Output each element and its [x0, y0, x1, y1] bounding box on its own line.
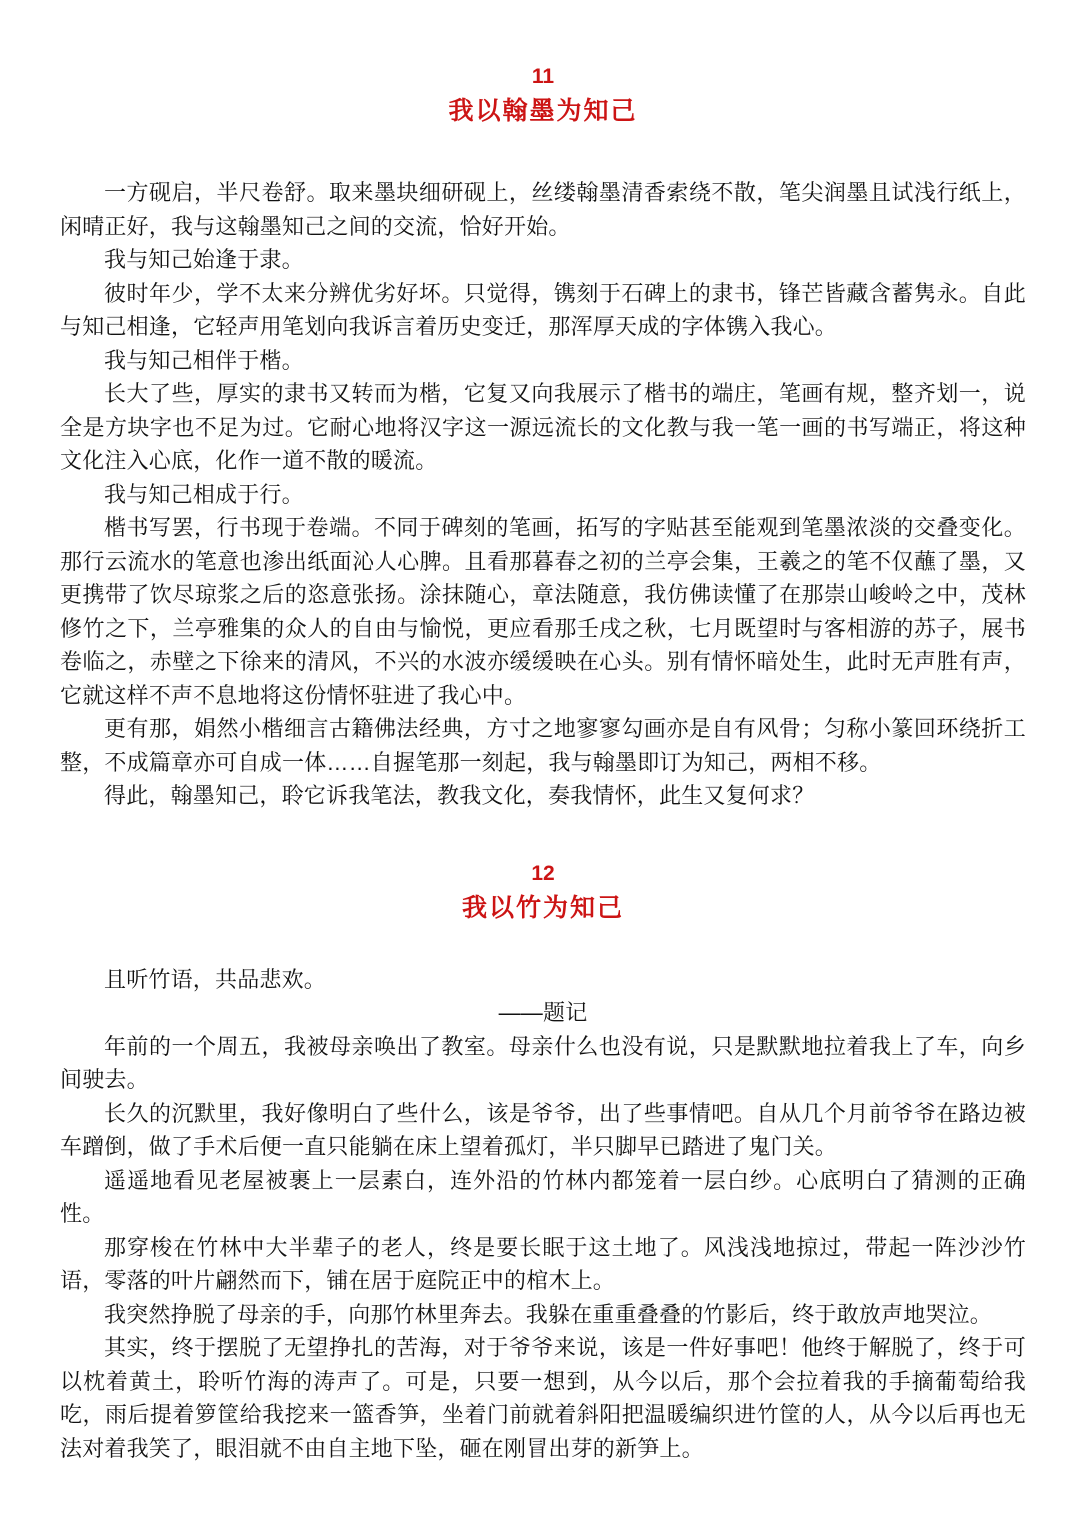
paragraph: 更有那，娟然小楷细言古籍佛法经典，方寸之地寥寥勾画亦是自有风骨；匀称小篆回环绕折…	[60, 712, 1026, 779]
essay-title: 我以竹为知己	[60, 889, 1026, 927]
paragraph: 长大了些，厚实的隶书又转而为楷，它复又向我展示了楷书的端庄，笔画有规，整齐划一，…	[60, 377, 1026, 478]
paragraph: 我与知己始逢于隶。	[60, 243, 1026, 277]
paragraph: 楷书写罢，行书现于卷端。不同于碑刻的笔画，拓写的字贴甚至能观到笔墨浓淡的交叠变化…	[60, 511, 1026, 712]
document-page: 11 我以翰墨为知己 一方砚启，半尺卷舒。取来墨块细研砚上，丝缕翰墨清香索绕不散…	[0, 0, 1080, 1528]
paragraph: 那穿梭在竹林中大半辈子的老人，终是要长眠于这土地了。风浅浅地掠过，带起一阵沙沙竹…	[60, 1231, 1026, 1298]
paragraph: 一方砚启，半尺卷舒。取来墨块细研砚上，丝缕翰墨清香索绕不散，笔尖润墨且试浅行纸上…	[60, 176, 1026, 243]
essay-number: 11	[60, 62, 1026, 92]
essay-body: 一方砚启，半尺卷舒。取来墨块细研砚上，丝缕翰墨清香索绕不散，笔尖润墨且试浅行纸上…	[60, 176, 1026, 813]
epigraph: 且听竹语，共品悲欢。	[60, 963, 1026, 997]
paragraph: 彼时年少，学不太来分辨优劣好坏。只觉得，镌刻于石碑上的隶书，锋芒皆藏含蓄隽永。自…	[60, 277, 1026, 344]
essay-title: 我以翰墨为知己	[60, 92, 1026, 130]
paragraph: 我突然挣脱了母亲的手，向那竹林里奔去。我躲在重重叠叠的竹影后，终于敢放声地哭泣。	[60, 1298, 1026, 1332]
essay-11: 11 我以翰墨为知己 一方砚启，半尺卷舒。取来墨块细研砚上，丝缕翰墨清香索绕不散…	[60, 62, 1026, 813]
paragraph: 遥遥地看见老屋被裹上一层素白，连外沿的竹林内都笼着一层白纱。心底明白了猜测的正确…	[60, 1164, 1026, 1231]
epigraph-attribution: ——题记	[60, 996, 1026, 1030]
essay-number: 12	[60, 859, 1026, 889]
paragraph: 其实，终于摆脱了无望挣扎的苦海，对于爷爷来说，该是一件好事吧！他终于解脱了，终于…	[60, 1331, 1026, 1465]
paragraph: 我与知己相伴于楷。	[60, 344, 1026, 378]
paragraph: 长久的沉默里，我好像明白了些什么，该是爷爷，出了些事情吧。自从几个月前爷爷在路边…	[60, 1097, 1026, 1164]
essay-body: 且听竹语，共品悲欢。 ——题记 年前的一个周五，我被母亲唤出了教室。母亲什么也没…	[60, 963, 1026, 1466]
paragraph: 年前的一个周五，我被母亲唤出了教室。母亲什么也没有说，只是默默地拉着我上了车，向…	[60, 1030, 1026, 1097]
paragraph: 我与知己相成于行。	[60, 478, 1026, 512]
essay-12: 12 我以竹为知己 且听竹语，共品悲欢。 ——题记 年前的一个周五，我被母亲唤出…	[60, 859, 1026, 1466]
paragraph: 得此，翰墨知己，聆它诉我笔法，教我文化，奏我情怀，此生又复何求？	[60, 779, 1026, 813]
